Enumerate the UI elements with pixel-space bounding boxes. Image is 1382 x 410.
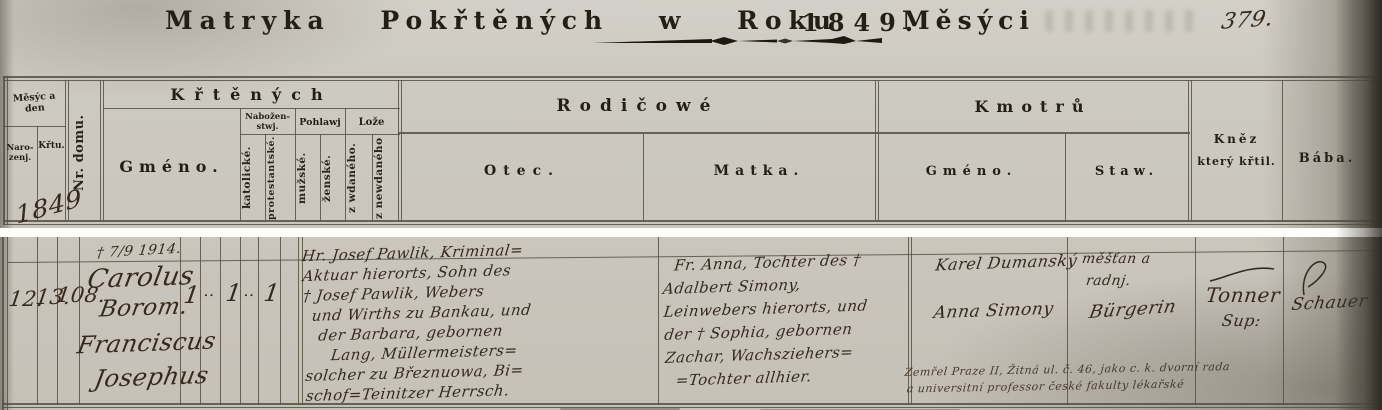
- column-header-z-newdaneho: z newdaného: [373, 136, 397, 220]
- record-death-archival-note-line2: a universitní professor české fakulty lé…: [906, 378, 1185, 396]
- column-header-nr-domu: Nr. domu.: [72, 90, 98, 215]
- column-header-narozeni: Naro-zenj.: [4, 136, 36, 170]
- column-header-mesic-a-den: Měsýc a den: [3, 82, 67, 124]
- column-header-otec: Otec.: [401, 151, 643, 191]
- column-header-staw: Staw.: [1065, 151, 1188, 191]
- record-name-line-2: Borom.: [97, 293, 190, 322]
- record-death-annotation: † 7/9 1914.: [96, 241, 183, 261]
- record-status-1-line1: měšťan a: [1081, 251, 1152, 267]
- column-header-knez-line2: který křtil.: [1191, 150, 1282, 172]
- record-mother-entry: Fr. Anna, Tochter des † Adalbert Simony,…: [662, 247, 911, 393]
- column-group-rodicowe: Rodičowé: [401, 84, 875, 128]
- scan-splice-band: [0, 228, 1382, 237]
- record-row-strip: 12. 13. 108. † 7/9 1914. Carolus Borom. …: [0, 237, 1382, 410]
- record-tick-zenske: ..: [243, 281, 257, 300]
- record-tick-z-wdaneho: 1: [262, 279, 282, 307]
- column-header-protestantske: protestantské.: [266, 136, 294, 220]
- bleedthrough-ghost: [1045, 10, 1205, 32]
- page-title-month: Měsýci: [902, 6, 1035, 35]
- record-name-line-4: Josephus: [92, 361, 211, 393]
- record-name-line-3: Franciscus: [75, 327, 218, 360]
- column-header-muzske: mužské.: [296, 136, 319, 220]
- midwife-flourish: [1298, 257, 1338, 297]
- record-tick-protestantske: ..: [203, 281, 217, 300]
- record-name-line-1: Carolus: [85, 261, 196, 295]
- column-header-kmotr-gmeno: Gméno.: [878, 151, 1065, 191]
- column-header-gmeno: Gméno.: [103, 136, 240, 196]
- priest-flourish: [1208, 263, 1278, 285]
- record-priest-title: Sup:: [1221, 311, 1263, 330]
- column-group-kmotru: Kmotrů: [878, 84, 1188, 128]
- column-header-z-wdaneho: z wdaného.: [346, 136, 371, 220]
- record-godparent-1: Karel Dumanský: [934, 251, 1078, 275]
- column-header-knez-line1: Kněz: [1191, 128, 1282, 150]
- page-title: Matryka Pokřtěných w Roku: [165, 6, 838, 35]
- column-header-katolicke: katolické.: [241, 136, 264, 220]
- column-header-baba: Bába.: [1282, 138, 1372, 178]
- record-father-entry: Hr. Josef Pawlik, Kriminal= Aktuar hiero…: [302, 236, 666, 406]
- record-godparent-2: Anna Simony: [932, 299, 1055, 323]
- record-priest-name: Tonner: [1205, 283, 1282, 307]
- column-group-nabozenstwj: Nabožen-stwj.: [240, 110, 295, 134]
- title-divider-flourish: [592, 34, 882, 50]
- column-group-krtenych: Křtěných: [103, 81, 400, 108]
- column-group-pohlawj: Pohlawj: [295, 110, 345, 134]
- column-group-loze: Lože: [345, 110, 398, 134]
- record-midwife-name: Schauer: [1290, 291, 1369, 315]
- record-tick-katolicke: 1: [182, 281, 202, 309]
- page-number-handwritten: 379.: [1219, 6, 1275, 34]
- table-header-strip: Křtěných Rodičowé Kmotrů Měsýc a den Nar…: [0, 76, 1382, 228]
- column-header-krtu: Křtu.: [38, 134, 65, 158]
- column-header-zenske: ženské.: [321, 136, 344, 220]
- column-header-matka: Matka.: [643, 151, 875, 191]
- record-status-2: Bürgerin: [1087, 296, 1178, 323]
- record-status-1-line2: radnj.: [1085, 273, 1132, 289]
- register-page-scan: Matryka Pokřtěných w Roku 1849. Měsýci 3…: [0, 0, 1382, 410]
